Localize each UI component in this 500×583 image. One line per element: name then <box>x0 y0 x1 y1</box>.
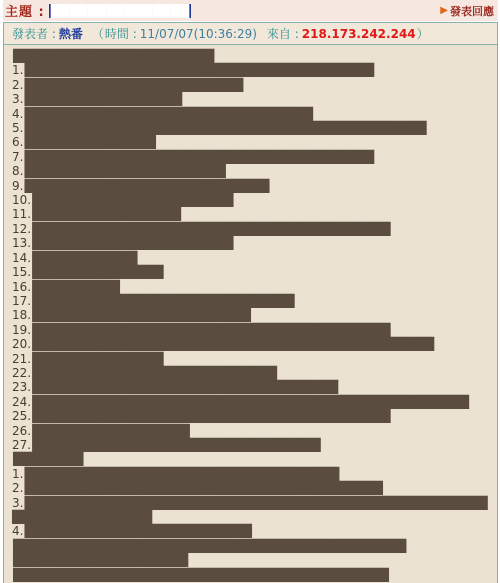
post-line-redacted: ████████████████████████████████████████… <box>12 539 491 553</box>
forum-thread-page: 主題 : ███████████████ ▶ 發表回應 發表者 : 熱番 （ 時… <box>3 0 498 583</box>
redaction-bar: ███████████████████████████████████ <box>32 380 338 394</box>
redaction-bar: ████████████████████████████████████████… <box>32 395 468 409</box>
post-box: 發表者 : 熱番 （ 時間 : 11/07/07(10:36:29) 來自 : … <box>3 22 498 583</box>
topic-label: 主題 : <box>5 1 45 20</box>
post-line-redacted: 4.█████████████████████████████████ <box>12 107 491 121</box>
post-line-redacted: 13.███████████████████████ <box>12 236 491 250</box>
line-number: 1. <box>12 63 23 77</box>
line-number: 23. <box>12 380 31 394</box>
post-line-redacted: 1.████████████████████████████████████ <box>12 467 491 481</box>
time-value: 11/07/07(10:36:29) <box>140 27 257 41</box>
line-number: 6. <box>12 135 23 149</box>
line-number: 11. <box>12 207 31 221</box>
poster-ip: 218.173.242.244 <box>302 27 416 41</box>
redaction-bar: ██████████████████ <box>32 424 189 438</box>
redaction-bar: ████████████████████ <box>13 553 188 567</box>
line-number: 2. <box>12 481 23 495</box>
line-number: 21. <box>12 352 31 366</box>
line-number: 4. <box>12 107 23 121</box>
post-line-redacted: 20.█████████████████████████████████████… <box>12 337 491 351</box>
post-line-redacted: 8.███████████████████████ <box>12 164 491 178</box>
redaction-bar: ███████████████████████ <box>32 236 233 250</box>
post-line-redacted: 11.█████████████████ <box>12 207 491 221</box>
post-line-redacted: 15.███████████████ <box>12 265 491 279</box>
line-number: 24. <box>12 395 31 409</box>
post-line-redacted: ███████████████████████ <box>12 49 491 63</box>
redaction-bar: ████████████████████████████████████████… <box>13 568 388 582</box>
redaction-bar: ████████████████████████████████████████… <box>13 539 406 553</box>
line-number: 13. <box>12 236 31 250</box>
post-line-redacted: 22.████████████████████████████ <box>12 366 491 380</box>
redaction-bar: █████████████████████████████████ <box>24 107 312 121</box>
post-line-redacted: 6.███████████████ <box>12 135 491 149</box>
line-number: 15. <box>12 265 31 279</box>
line-number: 2. <box>12 78 23 92</box>
redaction-bar: ███████████████████████ <box>13 49 214 63</box>
redaction-bar: ████████████████████████████████████████… <box>32 323 390 337</box>
post-line-redacted: 7.██████████████████████████████████████… <box>12 150 491 164</box>
post-line-redacted: ████████████████████████████████████████… <box>12 568 491 582</box>
post-line-redacted: 3.██████████████████ <box>12 92 491 106</box>
post-line-redacted: 12.█████████████████████████████████████… <box>12 222 491 236</box>
post-line-redacted: 2.██████████████████████████████████████… <box>12 481 491 495</box>
redaction-bar: ████████████████████████████████████████… <box>32 409 390 423</box>
line-number: 27. <box>12 438 31 452</box>
redaction-bar: ████████████████████████████████████████ <box>24 63 373 77</box>
redaction-bar: ███████████████ <box>32 352 163 366</box>
post-line-redacted: 3.██████████████████████████████████████… <box>12 496 491 525</box>
post-line-redacted: 14.████████████ <box>12 251 491 265</box>
redaction-bar: ████████████████████████████ <box>32 366 276 380</box>
line-number: 3. <box>12 496 23 510</box>
redaction-bar: ████████████████████████████████████████… <box>32 337 434 351</box>
meta-paren-open: （ <box>92 25 104 42</box>
post-line-redacted: 25.█████████████████████████████████████… <box>12 409 491 423</box>
poster-label: 發表者 : <box>12 25 56 42</box>
post-line-redacted: 4.██████████████████████████ <box>12 524 491 538</box>
post-line-redacted: 21.███████████████ <box>12 352 491 366</box>
post-line-redacted: 1.██████████████████████████████████████… <box>12 63 491 77</box>
redaction-bar: ██████████████████ <box>24 92 181 106</box>
line-number: 4. <box>12 524 23 538</box>
reply-arrow-icon: ▶ <box>440 6 448 16</box>
line-number: 5. <box>12 121 23 135</box>
reply-button-label: 發表回應 <box>450 3 494 19</box>
post-line-redacted: 18.█████████████████████████ <box>12 308 491 322</box>
thread-title-bar: 主題 : ███████████████ ▶ 發表回應 <box>3 0 498 21</box>
post-content: ███████████████████████1.███████████████… <box>4 45 497 583</box>
redaction-bar: ████████████████████████████████████████… <box>12 496 487 524</box>
post-line-redacted: 19.█████████████████████████████████████… <box>12 323 491 337</box>
line-number: 7. <box>12 150 23 164</box>
redaction-bar: ███████████████ <box>32 265 163 279</box>
poster-name-link[interactable]: 熱番 <box>59 25 83 42</box>
redaction-bar: ████████████ <box>32 251 137 265</box>
redaction-bar: ████████ <box>13 452 83 466</box>
post-line-redacted: 2.█████████████████████████ <box>12 78 491 92</box>
redaction-bar: ███████████████ <box>24 135 155 149</box>
meta-paren-close: ） <box>417 25 429 42</box>
redaction-bar: ████████████████████████████████████████… <box>24 121 426 135</box>
redaction-bar: █████████████████████████ <box>32 308 250 322</box>
line-number: 1. <box>12 467 23 481</box>
line-number: 26. <box>12 424 31 438</box>
redaction-bar: ████████████████████████████████████ <box>24 467 338 481</box>
line-number: 8. <box>12 164 23 178</box>
post-line-redacted: 16.██████████ <box>12 280 491 294</box>
redaction-bar: █████████████████ <box>32 207 180 221</box>
redaction-bar: ██████████████████████████ <box>24 524 251 538</box>
redaction-bar: ████████████████████████████████████████… <box>32 222 390 236</box>
post-line-redacted: ████████████████████ <box>12 553 491 567</box>
redaction-bar: ████████████████████████████████████████ <box>24 150 373 164</box>
line-number: 25. <box>12 409 31 423</box>
post-line-redacted: 5.██████████████████████████████████████… <box>12 121 491 135</box>
redaction-bar: ████████████████████████████████████████… <box>24 481 382 495</box>
post-line-redacted: 24.█████████████████████████████████████… <box>12 395 491 409</box>
line-number: 9. <box>12 179 23 193</box>
line-number: 14. <box>12 251 31 265</box>
post-line-redacted: 23.███████████████████████████████████ <box>12 380 491 394</box>
from-label: 來自 : <box>267 25 299 42</box>
redaction-bar: ██████████ <box>32 280 119 294</box>
line-number: 18. <box>12 308 31 322</box>
redaction-bar: ███████████████████████ <box>32 193 233 207</box>
redaction-bar: █████████████████████████████████ <box>32 438 320 452</box>
post-line-redacted: 17.██████████████████████████████ <box>12 294 491 308</box>
post-line-redacted: 26.██████████████████ <box>12 424 491 438</box>
line-number: 17. <box>12 294 31 308</box>
line-number: 3. <box>12 92 23 106</box>
post-line-redacted: ████████ <box>12 452 491 466</box>
redaction-bar: ███████████████████████ <box>24 164 225 178</box>
line-number: 20. <box>12 337 31 351</box>
post-line-redacted: 27.█████████████████████████████████ <box>12 438 491 452</box>
thread-title-redacted: ███████████████ <box>49 4 191 18</box>
line-number: 10. <box>12 193 31 207</box>
line-number: 16. <box>12 280 31 294</box>
time-label: 時間 : <box>105 25 137 42</box>
line-number: 19. <box>12 323 31 337</box>
redaction-bar: █████████████████████████ <box>24 78 242 92</box>
line-number: 12. <box>12 222 31 236</box>
reply-button[interactable]: ▶ 發表回應 <box>440 3 494 19</box>
redaction-bar: ████████████████████████████ <box>24 179 268 193</box>
redaction-bar: ██████████████████████████████ <box>32 294 294 308</box>
post-meta-row: 發表者 : 熱番 （ 時間 : 11/07/07(10:36:29) 來自 : … <box>4 23 497 45</box>
post-line-redacted: 10.███████████████████████ <box>12 193 491 207</box>
post-line-redacted: 9.████████████████████████████ <box>12 179 491 193</box>
line-number: 22. <box>12 366 31 380</box>
